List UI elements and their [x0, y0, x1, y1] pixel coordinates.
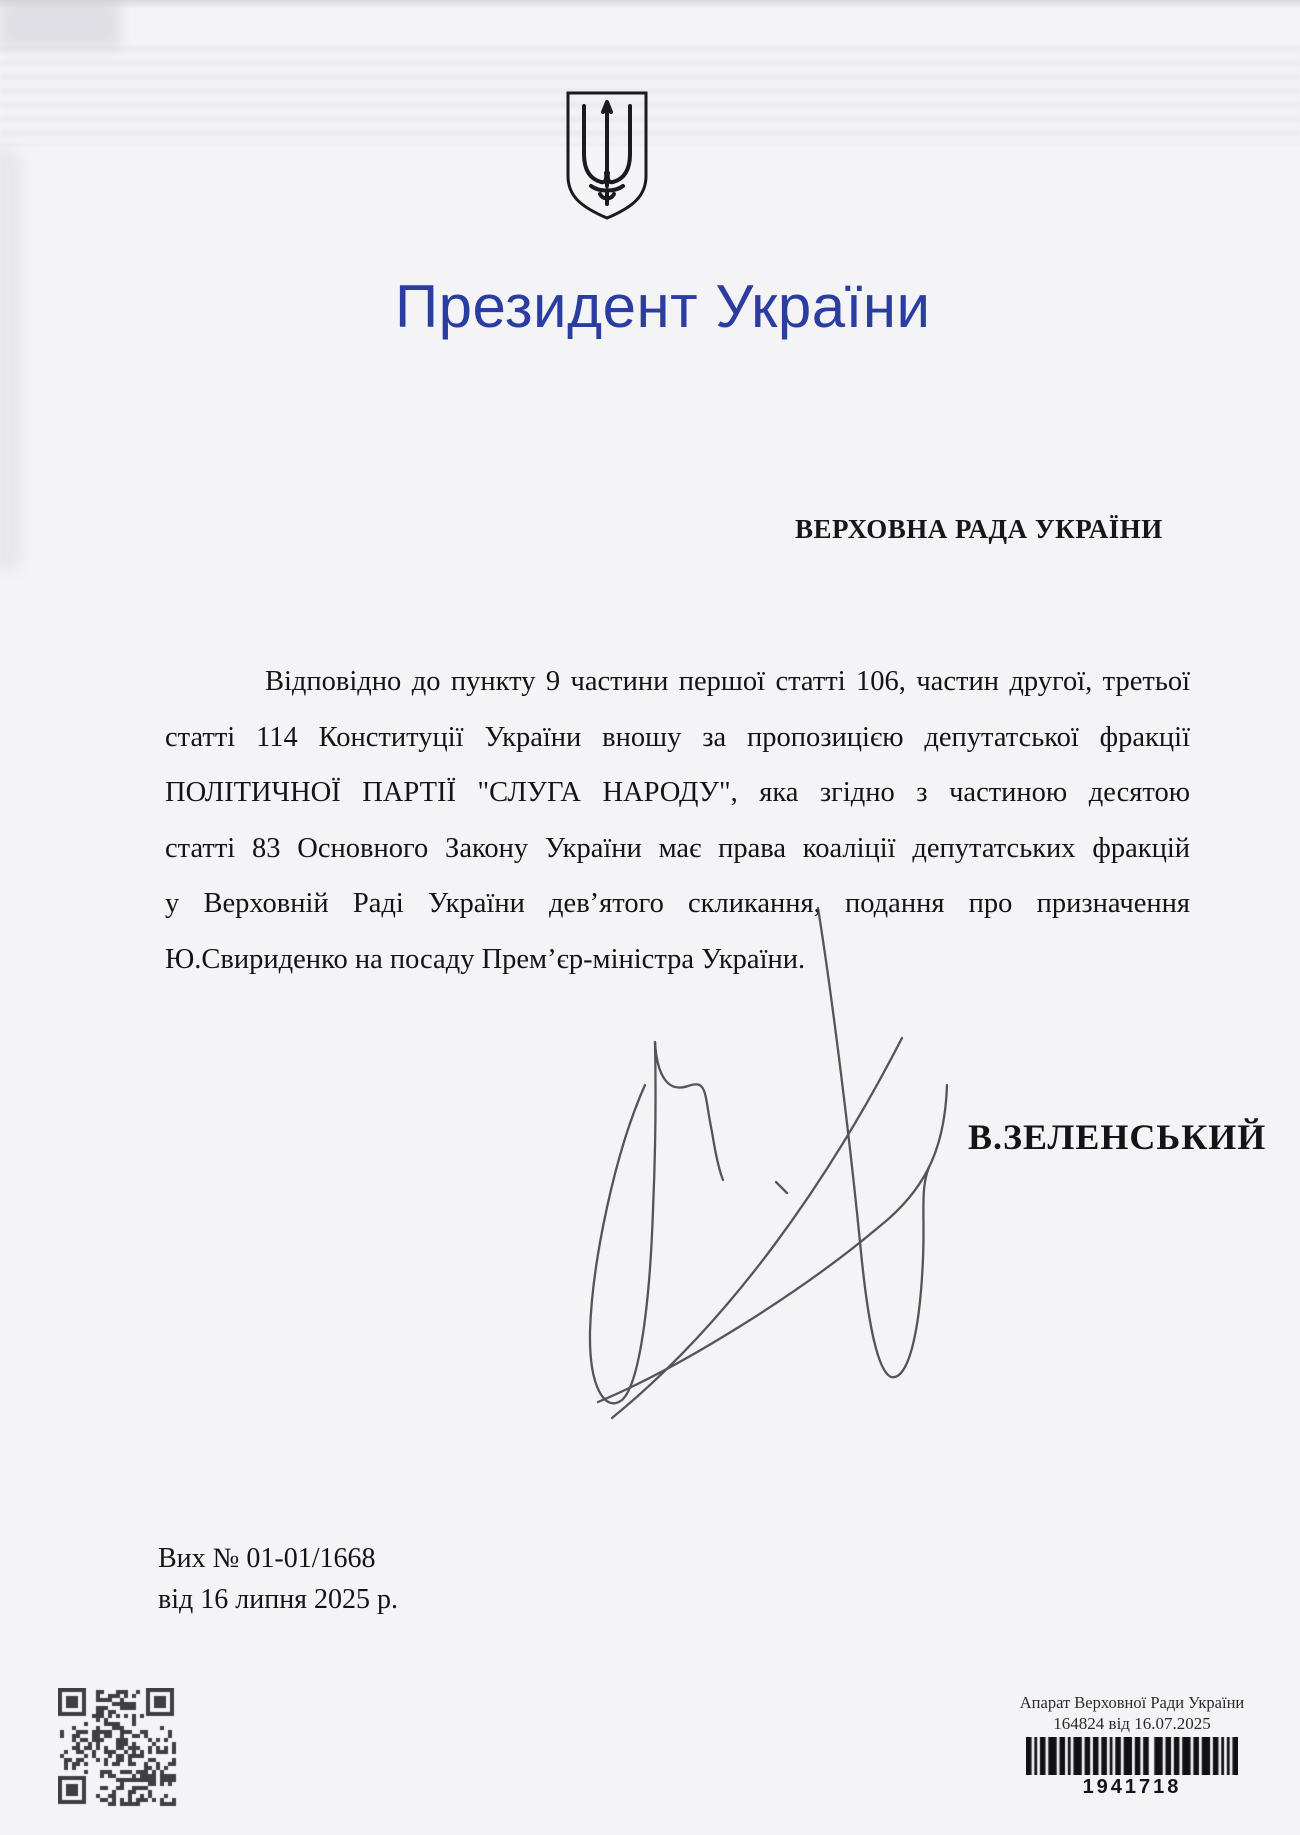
reference-number: Вих № 01-01/1668: [158, 1538, 398, 1579]
reference-block: Вих № 01-01/1668 від 16 липня 2025 р.: [158, 1538, 398, 1620]
scan-artifact-corner-smudge: [0, 0, 120, 48]
reference-date: від 16 липня 2025 р.: [158, 1579, 398, 1620]
signer-name: В.ЗЕЛЕНСЬКИЙ: [968, 1116, 1266, 1158]
recipient-heading: ВЕРХОВНА РАДА УКРАЇНИ: [795, 514, 1163, 545]
letter-body: Відповідно до пункту 9 частини першої ст…: [165, 654, 1190, 987]
stamp-registration: 164824 від 16.07.2025: [1012, 1713, 1252, 1734]
scanned-letter-page: Президент України ВЕРХОВНА РАДА УКРАЇНИ …: [0, 0, 1300, 1835]
body-line: Відповідно до пункту 9 частини першої ст…: [165, 654, 1190, 710]
stamp-code-number: 1941718: [1012, 1776, 1252, 1799]
registration-stamp: Апарат Верховної Ради України 164824 від…: [1012, 1693, 1252, 1799]
qr-code-icon: [58, 1688, 178, 1808]
ukraine-trident-emblem-icon: [563, 88, 651, 224]
body-line: Ю.Свириденко на посаду Прем’єр-міністра …: [165, 932, 1190, 988]
body-line: статті 114 Конституції України вношу за …: [165, 710, 1190, 766]
body-line: статті 83 Основного Закону України має п…: [165, 821, 1190, 877]
scan-artifact-top-edge: [0, 0, 1300, 9]
barcode-icon: [1026, 1737, 1238, 1775]
stamp-organization: Апарат Верховної Ради України: [1012, 1693, 1252, 1713]
body-line: у Верховній Раді України дев’ятого склик…: [165, 876, 1190, 932]
scan-artifact-left-smudge: [0, 150, 20, 570]
body-line: ПОЛІТИЧНОЇ ПАРТІЇ "СЛУГА НАРОДУ", яка зг…: [165, 765, 1190, 821]
page-title: Президент України: [395, 272, 995, 341]
